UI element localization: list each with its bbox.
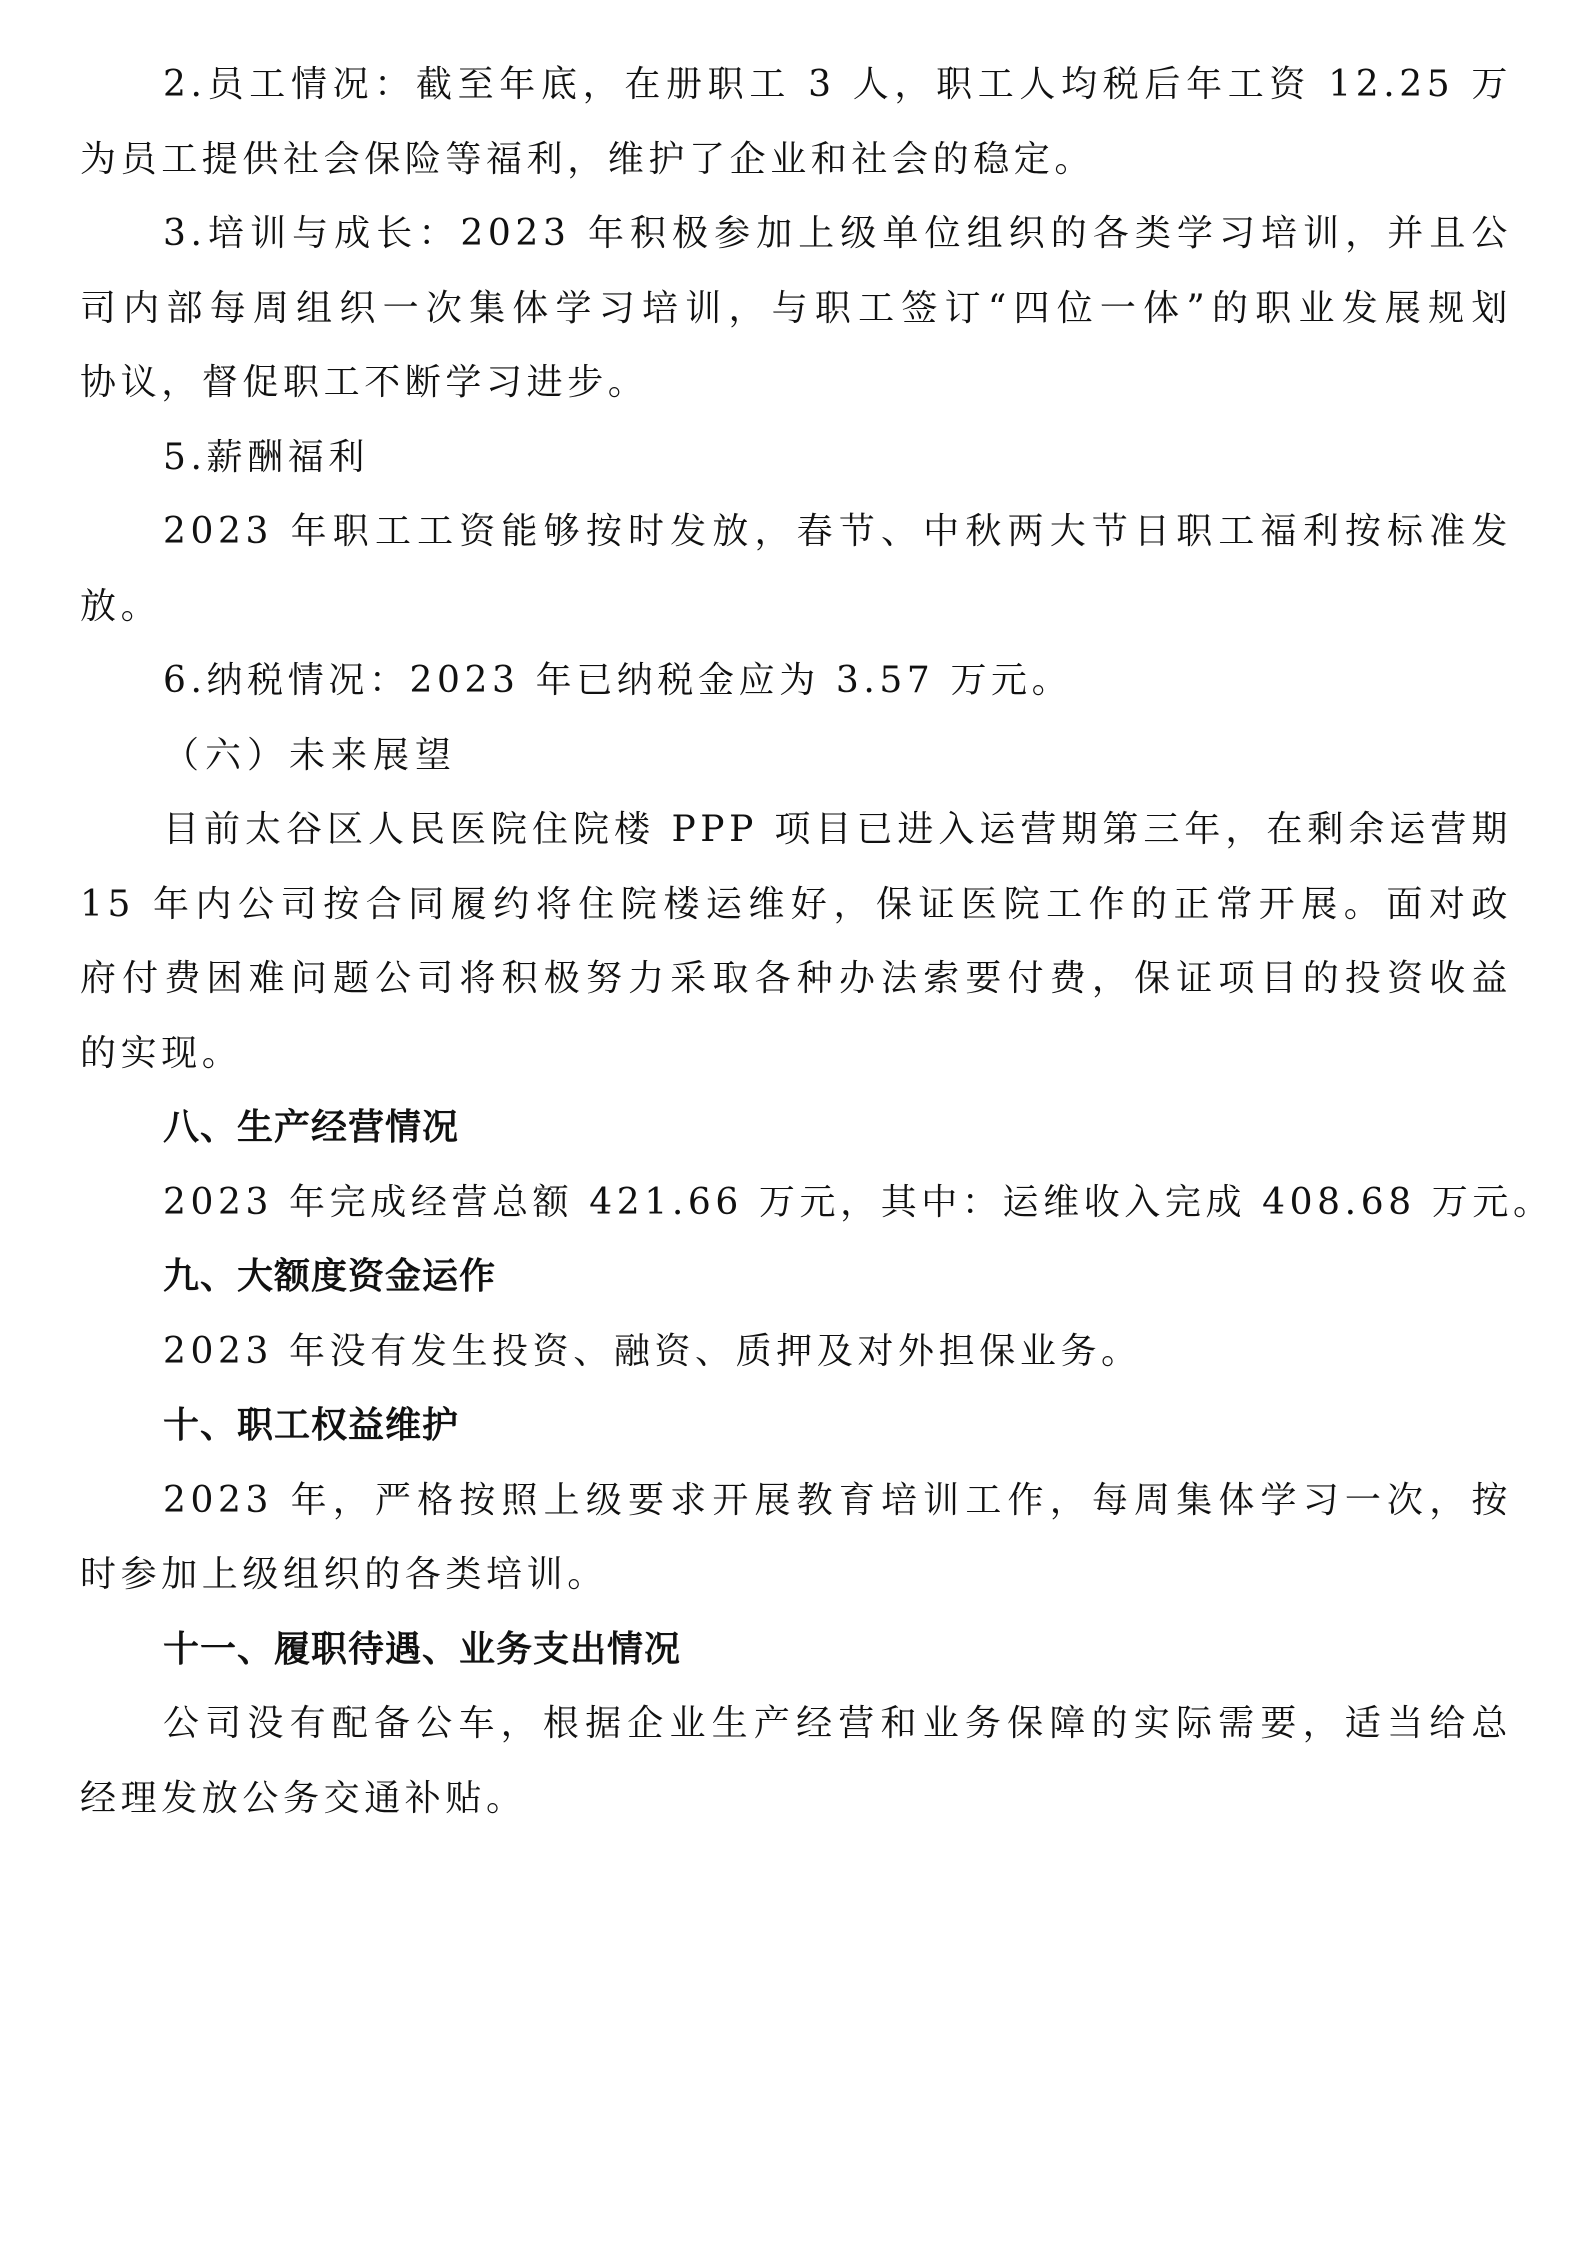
paragraph-training-line-2: 司内部每周组织一次集体学习培训，与职工签订“四位一体”的职业发展规划 <box>80 272 1512 347</box>
document-page: 2.员工情况：截至年底，在册职工 3 人，职工人均税后年工资 12.25 万元。… <box>80 48 1512 1836</box>
paragraph-outlook-line-2: 15 年内公司按合同履约将住院楼运维好，保证医院工作的正常开展。面对政 <box>80 868 1512 943</box>
paragraph-outlook-line-4: 的实现。 <box>80 1017 1512 1092</box>
heading-large-fund-operations: 九、大额度资金运作 <box>80 1240 1512 1315</box>
subheading-future-outlook: （六）未来展望 <box>80 719 1512 794</box>
paragraph-tax: 6.纳税情况：2023 年已纳税金应为 3.57 万元。 <box>80 644 1512 719</box>
paragraph-large-fund-operations: 2023 年没有发生投资、融资、质押及对外担保业务。 <box>80 1315 1512 1390</box>
item-title-compensation: 5.薪酬福利 <box>80 421 1512 496</box>
paragraph-training-line-1: 3.培训与成长：2023 年积极参加上级单位组织的各类学习培训，并且公 <box>80 197 1512 272</box>
heading-production-operations: 八、生产经营情况 <box>80 1091 1512 1166</box>
paragraph-compensation-line-2: 放。 <box>80 570 1512 645</box>
paragraph-duty-expenses-line-1: 公司没有配备公车，根据企业生产经营和业务保障的实际需要，适当给总 <box>80 1687 1512 1762</box>
paragraph-employee-status-line-1: 2.员工情况：截至年底，在册职工 3 人，职工人均税后年工资 12.25 万元。 <box>80 48 1512 123</box>
paragraph-employee-status-line-2: 为员工提供社会保险等福利，维护了企业和社会的稳定。 <box>80 123 1512 198</box>
heading-employee-rights: 十、职工权益维护 <box>80 1389 1512 1464</box>
paragraph-employee-rights-line-2: 时参加上级组织的各类培训。 <box>80 1538 1512 1613</box>
paragraph-outlook-line-3: 府付费困难问题公司将积极努力采取各种办法索要付费，保证项目的投资收益 <box>80 942 1512 1017</box>
paragraph-employee-rights-line-1: 2023 年，严格按照上级要求开展教育培训工作，每周集体学习一次，按 <box>80 1464 1512 1539</box>
heading-duty-expenses: 十一、履职待遇、业务支出情况 <box>80 1613 1512 1688</box>
paragraph-compensation-line-1: 2023 年职工工资能够按时发放，春节、中秋两大节日职工福利按标准发 <box>80 495 1512 570</box>
paragraph-outlook-line-1: 目前太谷区人民医院住院楼 PPP 项目已进入运营期第三年，在剩余运营期 <box>80 793 1512 868</box>
paragraph-duty-expenses-line-2: 经理发放公务交通补贴。 <box>80 1762 1512 1837</box>
paragraph-training-line-3: 协议，督促职工不断学习进步。 <box>80 346 1512 421</box>
paragraph-production-operations: 2023 年完成经营总额 421.66 万元，其中：运维收入完成 408.68 … <box>80 1166 1512 1241</box>
